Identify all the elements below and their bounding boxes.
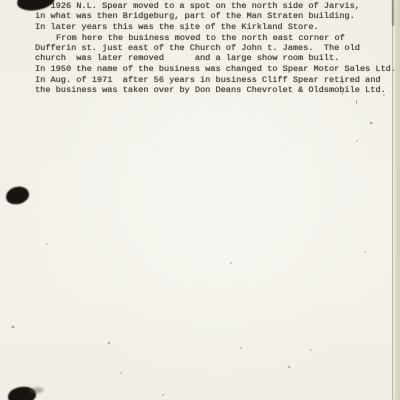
document-line: In 1950 the name of the business was cha… <box>35 64 396 74</box>
scan-artifact-dash <box>356 100 357 104</box>
paragraph-2: From here the business moved to the nort… <box>35 33 396 74</box>
scanned-page: In 1926 N.L. Spear moved to a spot on th… <box>0 0 400 400</box>
scan-artifact-dash <box>342 90 343 95</box>
paragraph-1: In 1926 N.L. Spear moved to a spot on th… <box>35 1 396 32</box>
scan-speckles <box>0 0 2 2</box>
document-line: church was later removed and a large sho… <box>35 53 396 63</box>
document-line: In 1926 N.L. Spear moved to a spot on th… <box>35 1 396 11</box>
document-line: Dufferin st. just east of the Church of … <box>35 43 396 53</box>
punch-hole-mark-middle <box>4 185 30 206</box>
page-edge-dark-line <box>392 0 394 26</box>
document-line: In later years this was the site of the … <box>35 22 396 32</box>
page-edge-shadow <box>392 0 400 400</box>
document-line: in what was then Bridgeburg, part of the… <box>35 11 396 21</box>
punch-hole-mark-bottom <box>7 386 37 400</box>
scan-artifact-dash <box>342 78 343 84</box>
document-line: From here the business moved to the nort… <box>35 33 396 43</box>
